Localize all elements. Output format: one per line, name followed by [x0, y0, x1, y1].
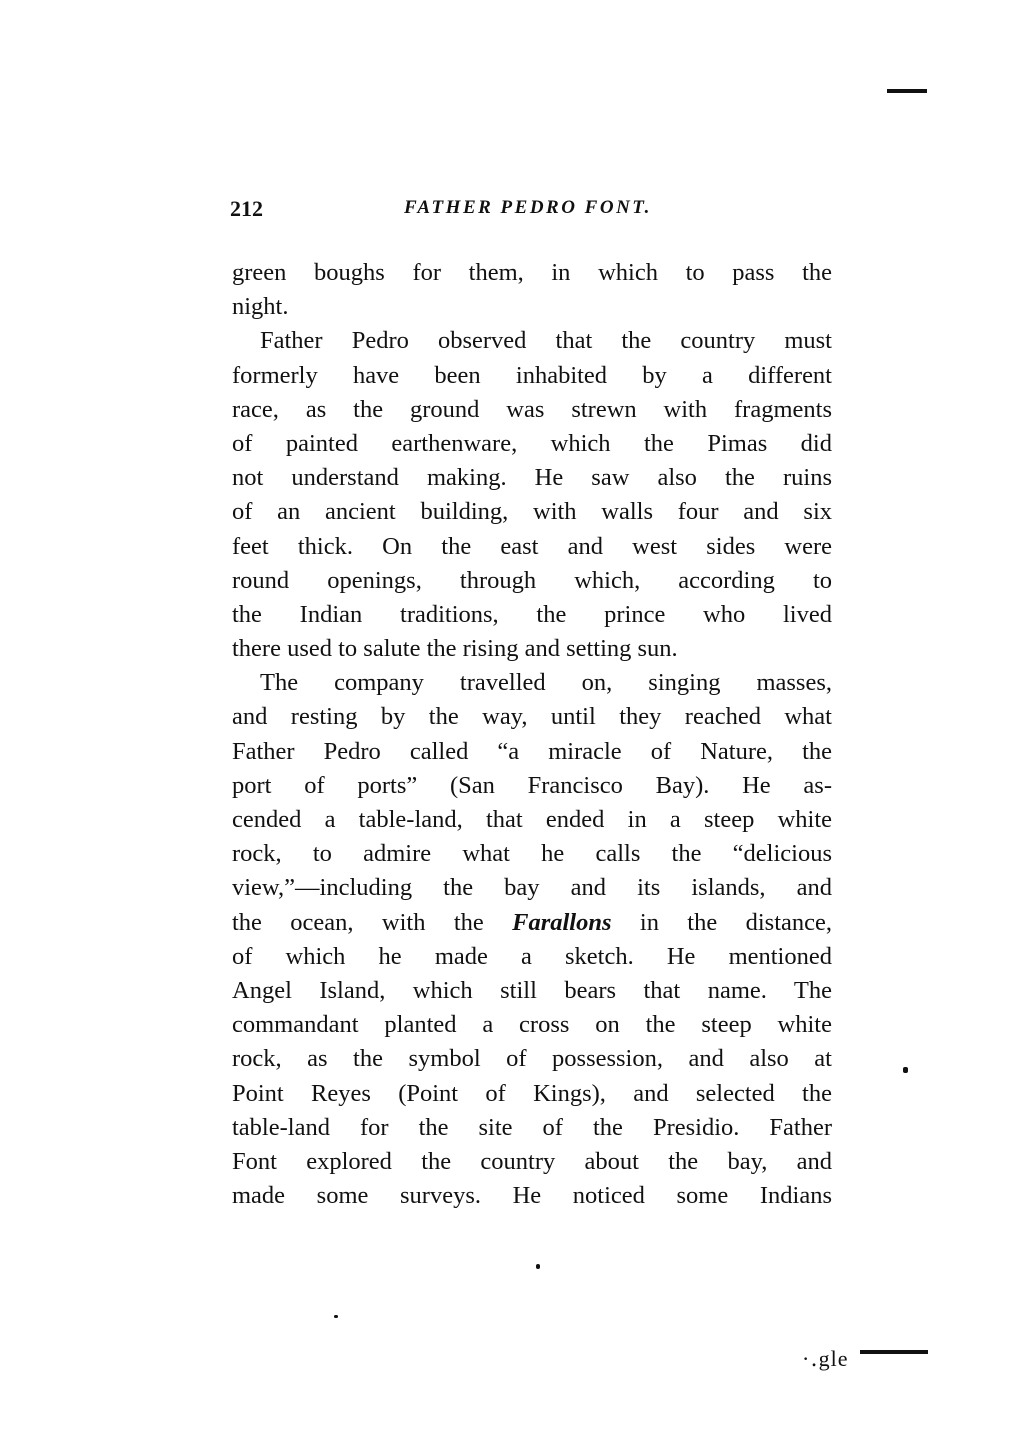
text-line: port of ports” (San Francisco Bay). He a…	[232, 769, 832, 803]
text-line: Angel Island, which still bears that nam…	[232, 974, 832, 1008]
text-line: there used to salute the rising and sett…	[232, 632, 832, 666]
scan-speck	[334, 1315, 338, 1318]
text-line: Father Pedro called “a miracle of Nature…	[232, 735, 832, 769]
text-line: rock, as the symbol of possession, and a…	[232, 1042, 832, 1076]
text-line: race, as the ground was strewn with frag…	[232, 393, 832, 427]
text-line: green boughs for them, in which to pass …	[232, 256, 832, 290]
text-line: round openings, through which, according…	[232, 564, 832, 598]
text-line: table-land for the site of the Presidio.…	[232, 1111, 832, 1145]
text-line: Father Pedro observed that the country m…	[232, 324, 832, 358]
text-line: Font explored the country about the bay,…	[232, 1145, 832, 1179]
text-line: of painted earthenware, which the Pimas …	[232, 427, 832, 461]
text-line: The company travelled on, singing masses…	[232, 666, 832, 700]
body-text: green boughs for them, in which to pass …	[232, 256, 832, 1213]
scan-speck	[903, 1067, 908, 1073]
page-header: 212 FATHER PEDRO FONT.	[230, 196, 830, 226]
text-line: of an ancient building, with walls four …	[232, 495, 832, 529]
italic-term: Farallons	[512, 909, 611, 936]
text-line: and resting by the way, until they reach…	[232, 700, 832, 734]
text-line: the ocean, with the Farallons in the dis…	[232, 906, 832, 940]
text-line: cended a table-land, that ended in a ste…	[232, 803, 832, 837]
text-line: of which he made a sketch. He mentioned	[232, 940, 832, 974]
text-line: not understand making. He saw also the r…	[232, 461, 832, 495]
text-line: made some surveys. He noticed some India…	[232, 1179, 832, 1213]
text-line: rock, to admire what he calls the “delic…	[232, 837, 832, 871]
scan-edge-mark	[860, 1350, 928, 1354]
text-line: commandant planted a cross on the steep …	[232, 1008, 832, 1042]
text-line: formerly have been inhabited by a differ…	[232, 359, 832, 393]
text-line: feet thick. On the east and west sides w…	[232, 530, 832, 564]
page-number: 212	[230, 196, 263, 222]
scan-edge-mark	[887, 89, 927, 93]
scan-speck	[536, 1264, 540, 1269]
running-head: FATHER PEDRO FONT.	[404, 197, 652, 219]
text-line: view,”—including the bay and its islands…	[232, 871, 832, 905]
text-line: night.	[232, 290, 832, 324]
watermark-fragment: ·․gle	[802, 1346, 849, 1372]
text-line: the Indian traditions, the prince who li…	[232, 598, 832, 632]
text-line: Point Reyes (Point of Kings), and select…	[232, 1077, 832, 1111]
